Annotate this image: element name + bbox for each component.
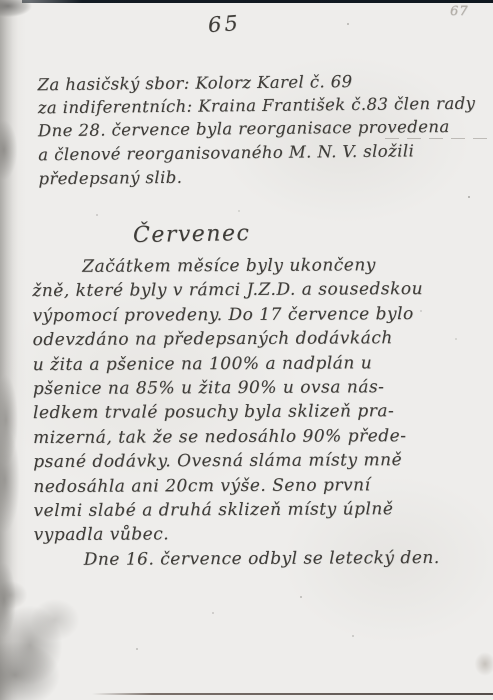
handwritten-line: výpomocí provedeny. Do 17 července bylo <box>32 302 438 329</box>
handwritten-line: a členové reorganisovaného M. N. V. slož… <box>38 138 476 166</box>
handwritten-line: žně, které byly v rámci J.Z.D. a souseds… <box>32 277 438 304</box>
smudge-top-left <box>0 0 46 22</box>
handwritten-line: odevzdáno na předepsaných dodávkách <box>33 326 439 353</box>
handwritten-line: u žita a pšenice na 100% a nadplán u <box>33 351 439 378</box>
smudge-bottom-right <box>467 648 493 682</box>
page-number: 65 <box>207 11 241 37</box>
handwritten-line: ledkem trvalé posuchy byla sklizeň pra- <box>33 399 439 426</box>
handwritten-line: Začátkem měsíce byly ukončeny <box>32 253 438 280</box>
handwritten-line: vypadla vůbec. <box>34 521 440 548</box>
handwritten-line: mizerná, tak že se nedosáhlo 90% přede- <box>33 424 439 451</box>
smudge-bottom-left <box>0 575 110 700</box>
handwritten-line: Dne 16. července odbyl se letecký den. <box>34 546 440 573</box>
top-edge-line <box>22 0 493 3</box>
scanned-page: 67 65 Za hasičský sbor: Kolorz Karel č. … <box>0 0 493 700</box>
handwritten-line: pšenice na 85% u žita 90% u ovsa nás- <box>33 375 439 402</box>
handwritten-line: velmi slabé a druhá sklizeň místy úplně <box>33 497 439 524</box>
month-heading: Červenec <box>133 221 251 248</box>
body-paragraph: Začátkem měsíce byly ukončeny žně, které… <box>32 253 440 572</box>
corner-page-number: 67 <box>450 4 469 19</box>
intro-paragraph: Za hasičský sbor: Kolorz Karel č. 69 za … <box>37 69 476 191</box>
handwritten-line: předepsaný slib. <box>38 163 476 191</box>
handwritten-line: nedosáhla ani 20cm výše. Seno první <box>33 473 439 500</box>
paper-specks <box>0 0 2 2</box>
bottom-edge-line <box>92 693 493 695</box>
handwritten-line: psané dodávky. Ovesná sláma místy mně <box>33 448 439 475</box>
